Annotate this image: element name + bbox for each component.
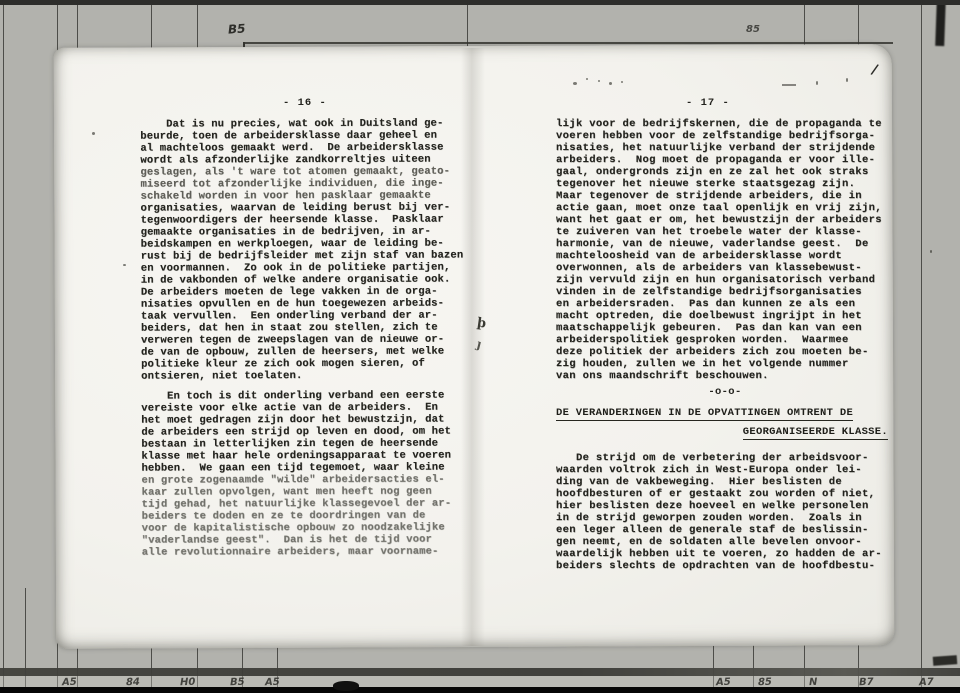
text-line: gaal, ondergronds zijn en ze zal het ook… bbox=[556, 166, 894, 178]
film-speck bbox=[782, 84, 796, 86]
text-line: De strijd om de verbetering der arbeidsv… bbox=[556, 452, 894, 464]
film-speck bbox=[621, 81, 623, 83]
text-line: voeren hebben voor de zelfstandige bedri… bbox=[556, 130, 894, 142]
text-line: hier beslisten deze hoeveel en welke per… bbox=[556, 500, 894, 512]
section-heading: GEORGANISEERDE KLASSE. bbox=[556, 426, 894, 440]
text-line: te zuiveren van het troebele water der k… bbox=[556, 226, 894, 238]
film-speck bbox=[598, 80, 600, 82]
text-line: maatschappelijk gebeuren. Pas dan kan va… bbox=[556, 322, 894, 334]
paragraph: En toch is dit onderling verband een eer… bbox=[141, 389, 474, 558]
text-line: harmonie, van de nieuwe, vaderlandse gee… bbox=[556, 238, 894, 250]
film-speck bbox=[573, 82, 577, 85]
paragraph: Dat is nu precies, wat ook in Duitsland … bbox=[140, 117, 473, 382]
text-line: overwonnen, als de arbeiders van klasseb… bbox=[556, 262, 894, 274]
text-line: en arbeidersraden. Pas dan kunnen ze als… bbox=[556, 298, 894, 310]
film-smudge bbox=[935, 0, 946, 46]
text-line: alle revolutionnaire arbeiders, maar voo… bbox=[142, 545, 474, 558]
film-speck bbox=[123, 264, 126, 266]
text-line: zig houden, zullen we in het volgende nu… bbox=[556, 358, 894, 370]
heading-underlined-text: DE VERANDERINGEN IN DE OPVATTINGEN OMTRE… bbox=[556, 407, 853, 421]
film-blob bbox=[333, 681, 359, 691]
text-line: deze politiek der arbeiders zich zou moe… bbox=[556, 346, 894, 358]
film-speck bbox=[92, 132, 95, 135]
text-line: arbeiders. Nog moet de propaganda er voo… bbox=[556, 154, 894, 166]
text-line: lijk voor de bedrijfskernen, die de prop… bbox=[556, 118, 894, 130]
film-edge-band-bottom bbox=[0, 687, 960, 693]
film-speck bbox=[206, 268, 208, 270]
page-number-right: - 17 - bbox=[686, 97, 730, 109]
text-line: vinden in de zelfstandige bedrijfsorgani… bbox=[556, 286, 894, 298]
text-line: machteloosheid van de arbeidersklasse wo… bbox=[556, 250, 894, 262]
paragraph: lijk voor de bedrijfskernen, die de prop… bbox=[556, 118, 894, 382]
section-heading: DE VERANDERINGEN IN DE OPVATTINGEN OMTRE… bbox=[556, 407, 894, 421]
film-speck bbox=[609, 82, 612, 85]
microfilm-frame: B5 85 - 16 - Dat is nu precies, wat ook … bbox=[0, 0, 960, 693]
text-line: waarden voltrok zich in West-Europa onde… bbox=[556, 464, 894, 476]
film-speck bbox=[846, 78, 848, 82]
page-17-text-column: lijk voor de bedrijfskernen, die de prop… bbox=[556, 118, 894, 572]
text-line: zijn vervuld zijn en hun organisatorisch… bbox=[556, 274, 894, 286]
text-line: van ons maandschrift beschouwen. bbox=[556, 370, 894, 382]
text-line: in de strijd geworpen zouden worden. Zoa… bbox=[556, 512, 894, 524]
text-line: tegenover het nieuwe sterke staatsgezag … bbox=[556, 178, 894, 190]
exposure-band bbox=[0, 668, 960, 676]
text-line: actie gaan, moet onze taal openlijk en v… bbox=[556, 202, 894, 214]
text-line: ding van de vakbeweging. Hier beslisten … bbox=[556, 476, 894, 488]
text-line: nisaties, het natuurlijke verband der st… bbox=[556, 142, 894, 154]
handwritten-frame-mark: B5 bbox=[228, 21, 246, 36]
handwritten-frame-mark: 85 bbox=[746, 24, 760, 35]
text-line: ontsieren, niet toelaten. bbox=[141, 369, 473, 382]
ruled-line bbox=[467, 0, 468, 52]
film-speck bbox=[586, 78, 588, 80]
text-line: schakeld worden in voor hen pasklaar gem… bbox=[140, 189, 472, 202]
paragraph: De strijd om de verbetering der arbeidsv… bbox=[556, 452, 894, 572]
film-smudge bbox=[933, 655, 958, 666]
ruled-line bbox=[3, 0, 4, 693]
text-line: een leger alleen de generale staf de bes… bbox=[556, 524, 894, 536]
text-line: macht optreden, die doelbewust ingrijpt … bbox=[556, 310, 894, 322]
text-line: Maar tegenover de strijdende arbeiders, … bbox=[556, 190, 894, 202]
heading-underlined-text: GEORGANISEERDE KLASSE. bbox=[743, 426, 888, 440]
ruled-line bbox=[921, 0, 922, 693]
film-edge-band-top bbox=[0, 0, 960, 5]
page-16-text-column: Dat is nu precies, wat ook in Duitsland … bbox=[140, 117, 474, 558]
film-speck bbox=[930, 250, 932, 253]
page-number-left: - 16 - bbox=[283, 97, 327, 109]
text-line: want het gaat er om, het bewustzijn der … bbox=[556, 214, 894, 226]
text-line: arbeiderspolitiek gesproken worden. Waar… bbox=[556, 334, 894, 346]
text-line: gen neemt, en de soldaten alle bevelen o… bbox=[556, 536, 894, 548]
text-line: politieke kleur ze zich ook mogen sieren… bbox=[141, 357, 473, 370]
text-line: waardelijk hebben uit te voeren, zo hadd… bbox=[556, 548, 894, 560]
text-line: hoofdbesturen of er gestaakt zou worden … bbox=[556, 488, 894, 500]
text-line: beiders slechts de opdrachten van de hoo… bbox=[556, 560, 894, 572]
film-speck bbox=[816, 81, 818, 85]
section-divider: -o-o- bbox=[556, 386, 894, 398]
